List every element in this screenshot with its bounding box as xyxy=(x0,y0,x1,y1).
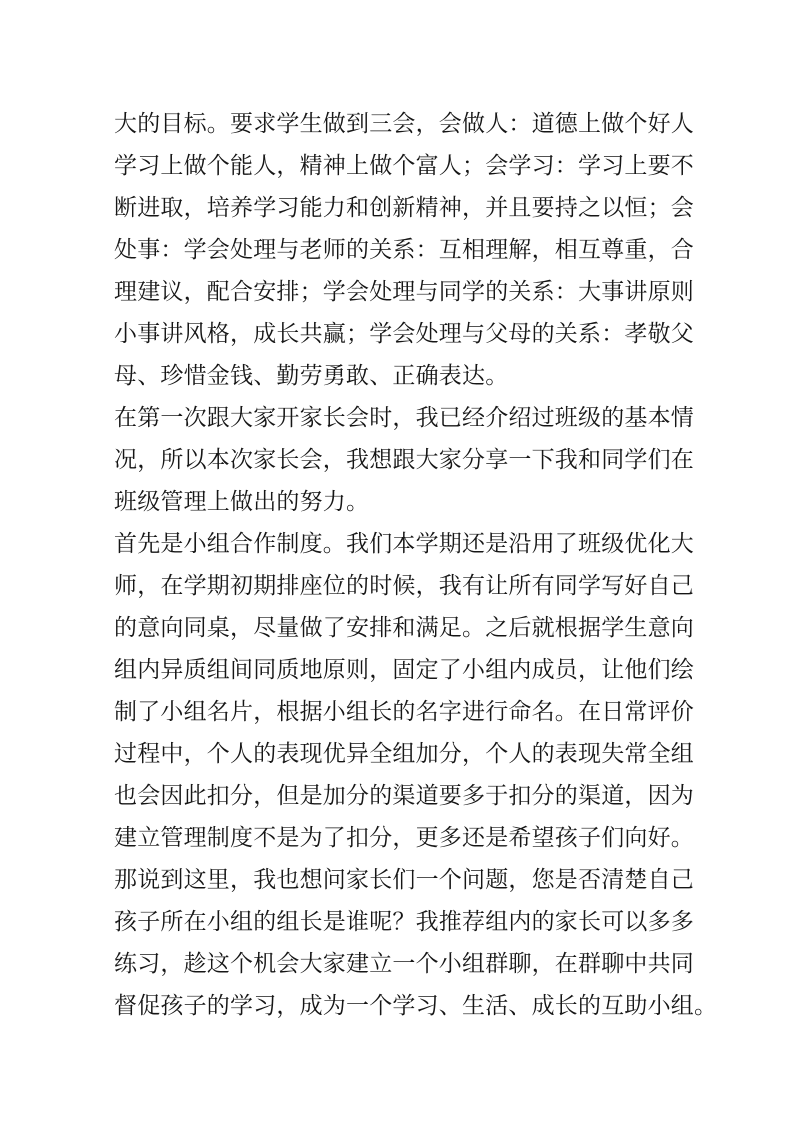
text-line: 学习上做个能人，精神上做个富人；会学习：学习上要不 xyxy=(114,144,708,186)
text-line: 过程中，个人的表现优异全组加分，个人的表现失常全组 xyxy=(114,732,708,774)
text-line: 督促孩子的学习，成为一个学习、生活、成长的互助小组。 xyxy=(114,984,708,1026)
paragraph: 首先是小组合作制度。我们本学期还是沿用了班级优化大 师，在学期初期排座位的时候，… xyxy=(114,522,708,858)
text-line: 练习，趁这个机会大家建立一个小组群聊，在群聊中共同 xyxy=(114,942,708,984)
text-line: 小事讲风格，成长共赢；学会处理与父母的关系：孝敬父 xyxy=(114,312,708,354)
document-page: 大的目标。要求学生做到三会，会做人：道德上做个好人 学习上做个能人，精神上做个富… xyxy=(0,0,793,1122)
text-line: 理建议，配合安排；学会处理与同学的关系：大事讲原则 xyxy=(114,270,708,312)
text-line: 处事：学会处理与老师的关系：互相理解，相互尊重，合 xyxy=(114,228,708,270)
text-line: 建立管理制度不是为了扣分，更多还是希望孩子们向好。 xyxy=(114,816,708,858)
paragraph: 大的目标。要求学生做到三会，会做人：道德上做个好人 学习上做个能人，精神上做个富… xyxy=(114,102,708,396)
text-line: 首先是小组合作制度。我们本学期还是沿用了班级优化大 xyxy=(114,522,708,564)
text-line: 那说到这里，我也想问家长们一个问题，您是否清楚自己 xyxy=(114,858,708,900)
text-line: 师，在学期初期排座位的时候，我有让所有同学写好自己 xyxy=(114,564,708,606)
text-line: 母、珍惜金钱、勤劳勇敢、正确表达。 xyxy=(114,354,708,396)
paragraph: 在第一次跟大家开家长会时，我已经介绍过班级的基本情 况，所以本次家长会，我想跟大… xyxy=(114,396,708,522)
text-line: 也会因此扣分，但是加分的渠道要多于扣分的渠道，因为 xyxy=(114,774,708,816)
text-line: 在第一次跟大家开家长会时，我已经介绍过班级的基本情 xyxy=(114,396,708,438)
text-line: 大的目标。要求学生做到三会，会做人：道德上做个好人 xyxy=(114,102,708,144)
text-line: 孩子所在小组的组长是谁呢？我推荐组内的家长可以多多 xyxy=(114,900,708,942)
text-line: 况，所以本次家长会，我想跟大家分享一下我和同学们在 xyxy=(114,438,708,480)
text-line: 的意向同桌，尽量做了安排和满足。之后就根据学生意向 xyxy=(114,606,708,648)
text-line: 班级管理上做出的努力。 xyxy=(114,480,708,522)
text-line: 制了小组名片，根据小组长的名字进行命名。在日常评价 xyxy=(114,690,708,732)
text-line: 组内异质组间同质地原则，固定了小组内成员，让他们绘 xyxy=(114,648,708,690)
paragraph: 那说到这里，我也想问家长们一个问题，您是否清楚自己 孩子所在小组的组长是谁呢？我… xyxy=(114,858,708,1026)
text-line: 断进取，培养学习能力和创新精神，并且要持之以恒；会 xyxy=(114,186,708,228)
